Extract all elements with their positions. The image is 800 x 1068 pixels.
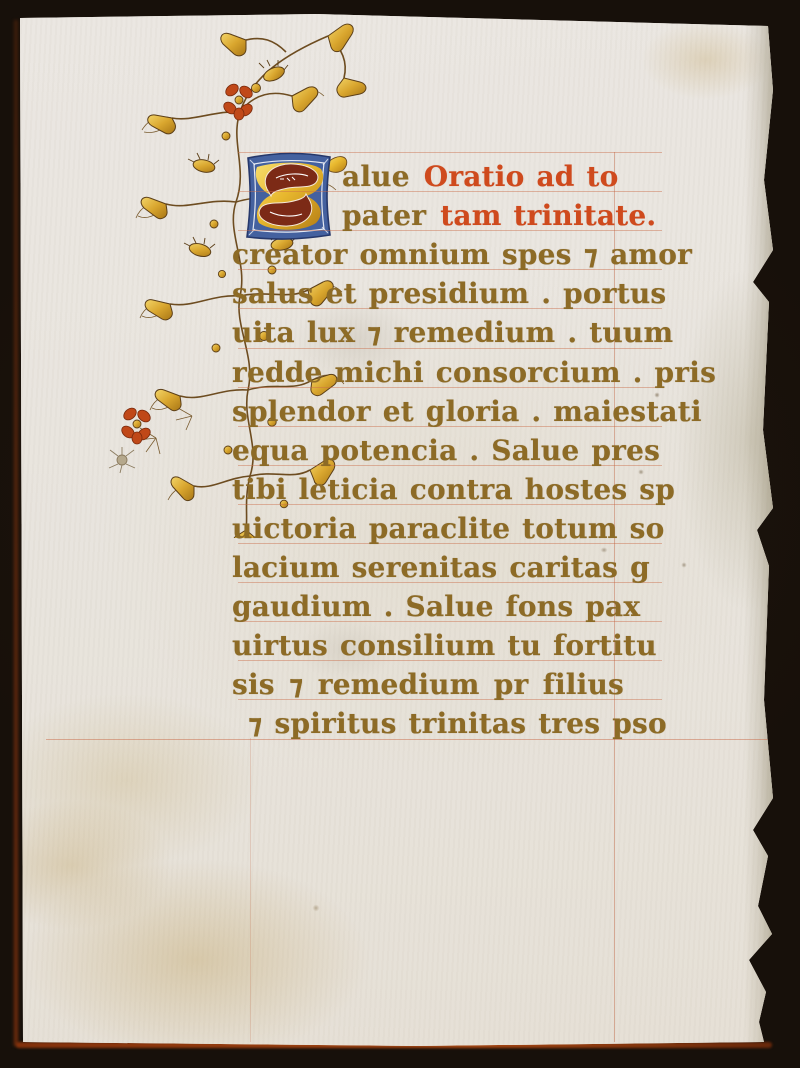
text-line: redde michi consorcium . pris <box>232 353 638 392</box>
text-line: uictoria paraclite totum so <box>232 509 638 548</box>
ink-text-segment: gaudium . Salue fons pax <box>232 590 640 623</box>
text-line: gaudium . Salue fons pax <box>232 587 638 626</box>
ink-text-segment: creator omnium spes ⁊ amor <box>232 238 692 271</box>
ink-text-segment: lacium serenitas caritas g <box>232 551 650 584</box>
rubric-text-segment: Oratio ad to <box>424 160 619 193</box>
ink-text-segment: ⁊ spiritus trinitas tres pso <box>248 707 667 740</box>
ink-text-segment: salus et presidium . portus <box>232 277 666 310</box>
text-line: patertam trinitate. <box>342 196 638 235</box>
text-block: alueOratio ad topatertam trinitate.creat… <box>16 10 778 1048</box>
text-line: equa potencia . Salue pres <box>232 431 638 470</box>
rubric-text-segment: tam trinitate. <box>440 199 656 232</box>
text-line: alueOratio ad to <box>342 157 638 196</box>
ink-text-segment: equa potencia . Salue pres <box>232 434 660 467</box>
leaf-edge-red-rim-left <box>14 20 18 1046</box>
ink-text-segment: alue <box>342 160 410 193</box>
text-line: creator omnium spes ⁊ amor <box>232 235 638 274</box>
text-line: uita lux ⁊ remedium . tuum <box>232 313 638 352</box>
text-line: salus et presidium . portus <box>232 274 638 313</box>
text-line: lacium serenitas caritas g <box>232 548 638 587</box>
photo-background: alueOratio ad topatertam trinitate.creat… <box>0 0 800 1068</box>
text-line: sis ⁊ remedium pr filius <box>232 665 638 704</box>
text-line: splendor et gloria . maiestati <box>232 392 638 431</box>
ink-text-segment: uirtus consilium tu fortitu <box>232 629 657 662</box>
text-line: ⁊ spiritus trinitas tres pso <box>248 704 638 743</box>
ink-text-segment: splendor et gloria . maiestati <box>232 395 702 428</box>
text-line: uirtus consilium tu fortitu <box>232 626 638 665</box>
ink-text-segment: tibi leticia contra hostes sp <box>232 473 675 506</box>
ink-text-segment: sis ⁊ remedium pr filius <box>232 668 624 701</box>
manuscript-leaf: alueOratio ad topatertam trinitate.creat… <box>16 10 778 1048</box>
ink-text-segment: uictoria paraclite totum so <box>232 512 664 545</box>
text-line: tibi leticia contra hostes sp <box>232 470 638 509</box>
ink-text-segment: redde michi consorcium . pris <box>232 356 716 389</box>
ink-text-segment: pater <box>342 199 426 232</box>
ink-text-segment: uita lux ⁊ remedium . tuum <box>232 316 673 349</box>
